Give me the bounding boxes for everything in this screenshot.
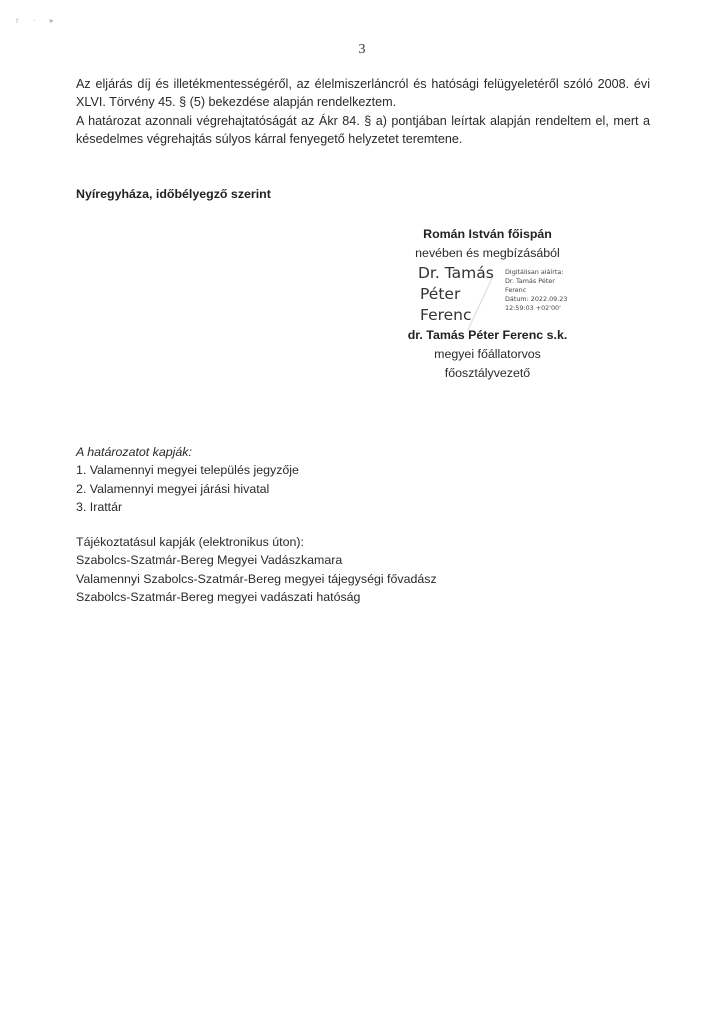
signature-authority: Román István főispán — [400, 225, 575, 244]
recipients-list: 1. Valamennyi megyei település jegyzője … — [76, 461, 299, 516]
list-item: Valamennyi Szabolcs-Szatmár-Bereg megyei… — [76, 570, 437, 588]
signature-on-behalf: nevében és megbízásából — [400, 244, 575, 263]
sig-detail-line: Ferenc — [505, 286, 567, 295]
list-item: Szabolcs-Szatmár-Bereg Megyei Vadászkama… — [76, 551, 437, 569]
digital-signature-details: Digitálisan aláírta: Dr. Tamás Péter Fer… — [505, 268, 567, 313]
list-item: 2. Valamennyi megyei járási hivatal — [76, 480, 299, 498]
digital-name-line: Ferenc — [420, 305, 494, 326]
digital-signature[interactable]: Dr. Tamás Péter Ferenc Digitálisan aláír… — [400, 263, 575, 325]
signature-block: Román István főispán nevében és megbízás… — [400, 225, 575, 383]
digital-name-line: Dr. Tamás — [418, 263, 494, 284]
recipients-section: A határozatot kapják: 1. Valamennyi megy… — [76, 443, 299, 516]
list-item: 1. Valamennyi megyei település jegyzője — [76, 461, 299, 479]
place-date: Nyíregyháza, időbélyegző szerint — [76, 187, 271, 201]
page-number: 3 — [0, 42, 724, 58]
recipients-heading: A határozatot kapják: — [76, 443, 299, 461]
info-recipients-list: Szabolcs-Szatmár-Bereg Megyei Vadászkama… — [76, 551, 437, 606]
signer-name: dr. Tamás Péter Ferenc s.k. — [400, 326, 575, 345]
info-recipients-heading: Tájékoztatásul kapják (elektronikus úton… — [76, 533, 437, 551]
signer-position: főosztályvezető — [400, 364, 575, 383]
paragraph-immediate-enforcement: A határozat azonnali végrehajtatóságát a… — [76, 112, 650, 149]
sig-detail-line: Dr. Tamás Péter — [505, 277, 567, 286]
sig-detail-line: Digitálisan aláírta: — [505, 268, 567, 277]
paragraph-fee-exemption: Az eljárás díj és illetékmentességéről, … — [76, 75, 650, 112]
list-item: 3. Irattár — [76, 498, 299, 516]
info-recipients-section: Tájékoztatásul kapják (elektronikus úton… — [76, 533, 437, 606]
digital-name-line: Péter — [420, 284, 494, 305]
scan-artifact: r · ▸ — [16, 16, 60, 25]
digital-signature-name: Dr. Tamás Péter Ferenc — [418, 263, 494, 326]
sig-detail-line: Dátum: 2022.09.23 — [505, 295, 567, 304]
signer-title: megyei főállatorvos — [400, 345, 575, 364]
list-item: Szabolcs-Szatmár-Bereg megyei vadászati … — [76, 588, 437, 606]
sig-detail-line: 12:59:03 +02'00' — [505, 304, 567, 313]
body-text: Az eljárás díj és illetékmentességéről, … — [76, 75, 650, 148]
